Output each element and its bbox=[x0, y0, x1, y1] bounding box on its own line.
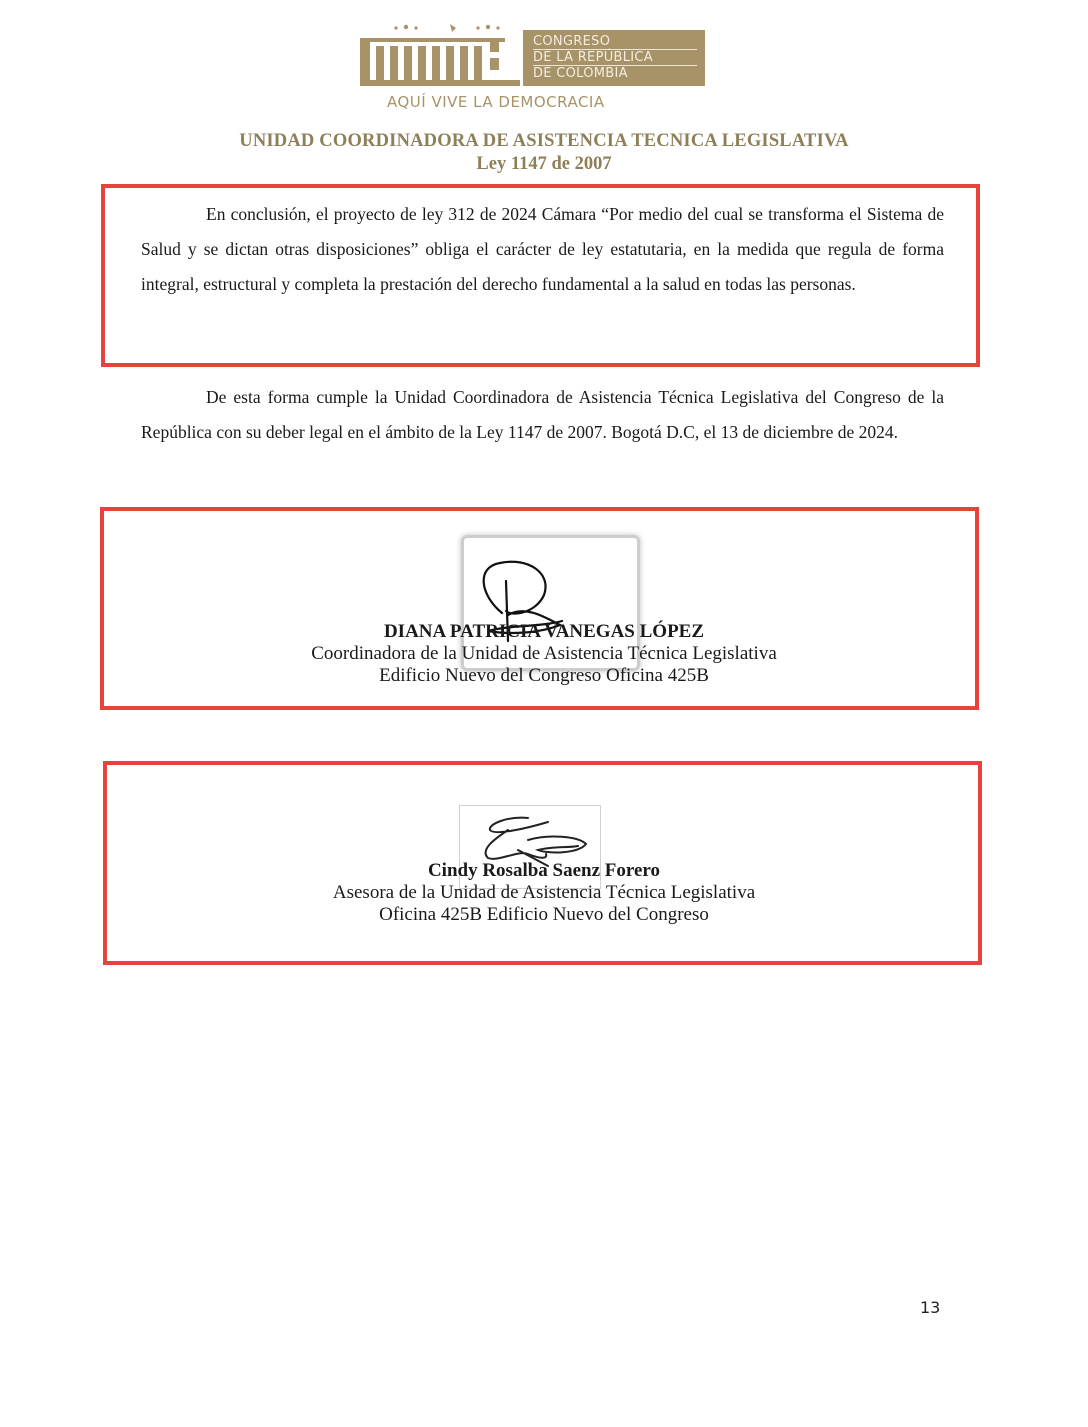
signer-1-office: Edificio Nuevo del Congreso Oficina 425B bbox=[0, 665, 1088, 687]
signer-2: Cindy Rosalba Saenz Forero Asesora de la… bbox=[0, 860, 1088, 926]
conclusion-paragraph: En conclusión, el proyecto de ley 312 de… bbox=[141, 197, 944, 302]
logo-line-2: DE LA REPÚBLICA bbox=[533, 51, 653, 65]
capitol-emblem-icon bbox=[360, 24, 520, 86]
unit-title: UNIDAD COORDINADORA DE ASISTENCIA TECNIC… bbox=[0, 131, 1088, 152]
signer-2-role: Asesora de la Unidad de Asistencia Técni… bbox=[0, 882, 1088, 904]
logo-tagline: AQUÍ VIVE LA DEMOCRACIA bbox=[387, 93, 605, 111]
compliance-text: De esta forma cumple la Unidad Coordinad… bbox=[141, 387, 944, 442]
page-number: 13 bbox=[920, 1298, 940, 1317]
logo-line-3: DE COLOMBIA bbox=[533, 67, 628, 81]
signer-1: DIANA PATRICIA VANEGAS LÓPEZ Coordinador… bbox=[0, 621, 1088, 687]
compliance-paragraph: De esta forma cumple la Unidad Coordinad… bbox=[141, 380, 944, 450]
logo-line-1: CONGRESO bbox=[533, 35, 610, 49]
congress-logo: CONGRESO DE LA REPÚBLICA DE COLOMBIA AQU… bbox=[360, 8, 705, 113]
logo-wordmark: CONGRESO DE LA REPÚBLICA DE COLOMBIA bbox=[523, 30, 705, 86]
signer-1-name: DIANA PATRICIA VANEGAS LÓPEZ bbox=[0, 621, 1088, 643]
signer-2-name: Cindy Rosalba Saenz Forero bbox=[0, 860, 1088, 882]
unit-law-reference: Ley 1147 de 2007 bbox=[0, 154, 1088, 175]
signer-2-office: Oficina 425B Edificio Nuevo del Congreso bbox=[0, 904, 1088, 926]
conclusion-text: En conclusión, el proyecto de ley 312 de… bbox=[141, 204, 944, 294]
signer-1-role: Coordinadora de la Unidad de Asistencia … bbox=[0, 643, 1088, 665]
